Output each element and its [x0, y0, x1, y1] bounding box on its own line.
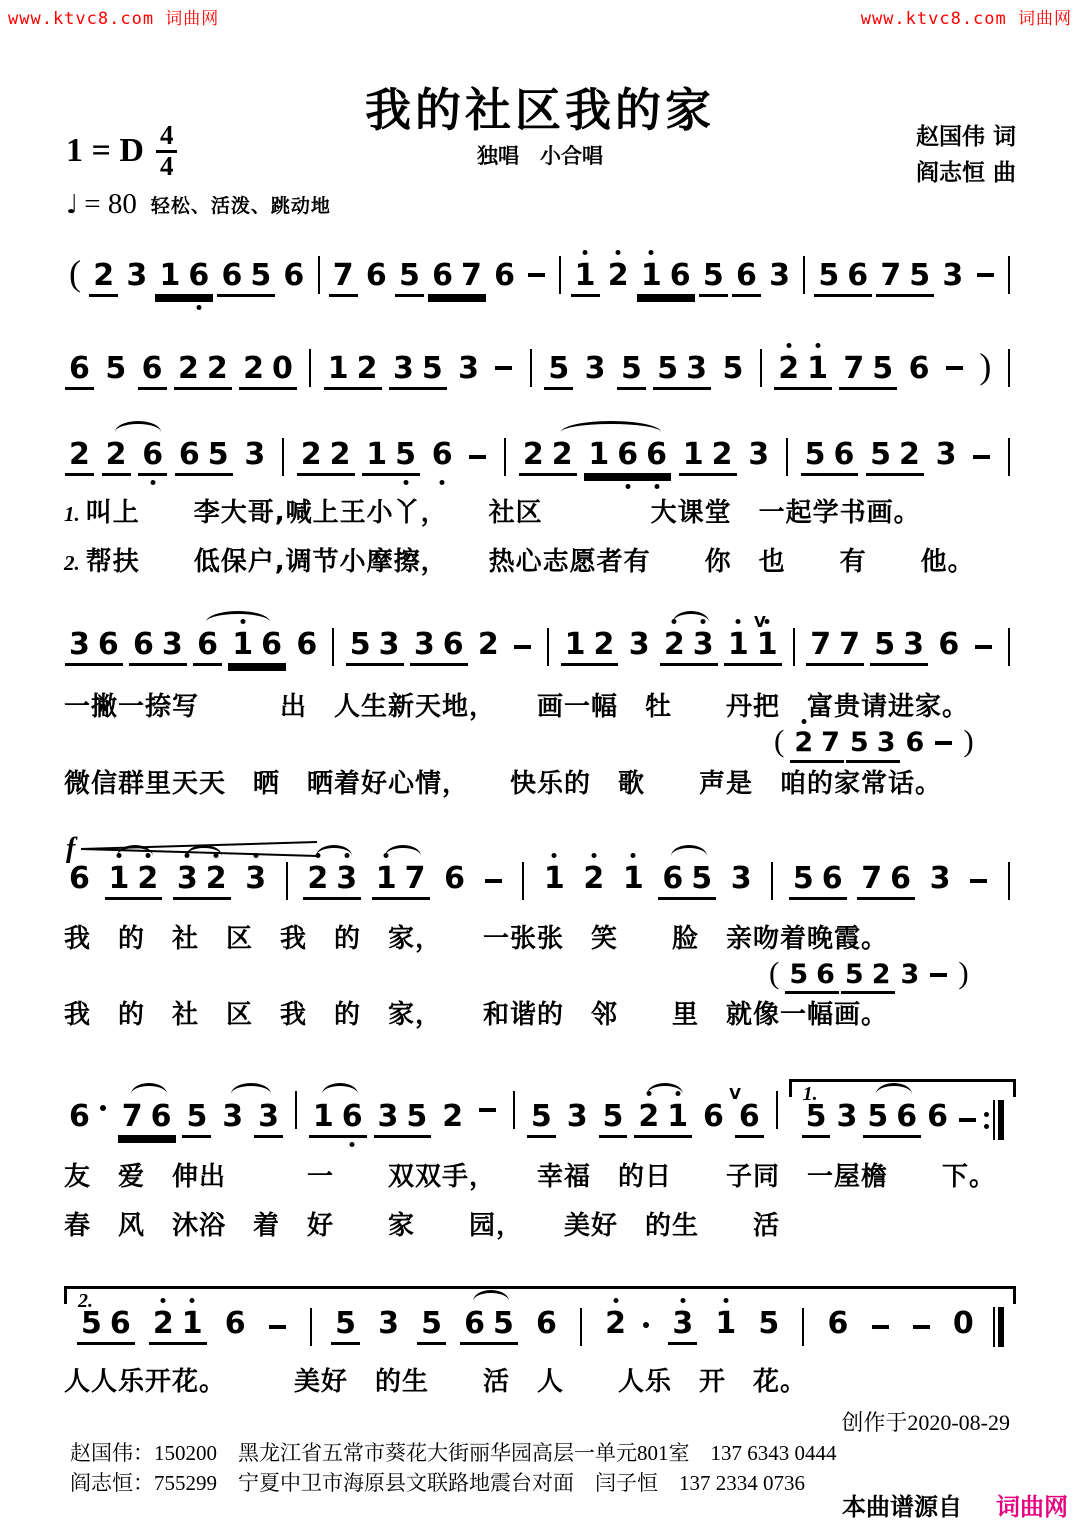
note-digit: 5	[204, 438, 233, 471]
note-digit: 2	[868, 960, 895, 990]
note: 6	[65, 1100, 94, 1135]
note: 6	[279, 259, 308, 294]
note-digit: 2	[174, 352, 203, 385]
tempo-marking: ♩ = 80 轻松、活泼、跳动地	[66, 188, 331, 221]
lyric-line: 1.叫上 李大哥,喊上王小丫， 社区 大课堂 一起学书画。	[64, 492, 1016, 529]
octave-dot-above	[723, 1298, 728, 1303]
slur-arc	[473, 1290, 509, 1304]
note-digit: 1	[178, 1307, 207, 1340]
music-line: (2316656765676121656356753	[64, 252, 1016, 297]
note-digit: 6	[532, 1307, 561, 1340]
note-digit: 3	[65, 628, 94, 661]
note: 5	[754, 1307, 783, 1342]
dash-note	[495, 366, 512, 370]
barline	[786, 438, 788, 476]
note: 2	[65, 438, 94, 476]
barline	[1008, 349, 1010, 387]
octave-dot-below	[440, 480, 445, 485]
volta-bracket: 2.56216535656231560	[64, 1286, 1016, 1347]
note: 3	[668, 1307, 697, 1345]
lyric-text: 叫上 李大哥,喊上王小丫， 社区 大课堂 一起学书画。	[86, 492, 921, 529]
barline	[771, 862, 773, 900]
note-digit: 2	[590, 628, 619, 661]
note-digit: 3	[218, 1100, 247, 1133]
octave-dot-below	[625, 484, 630, 489]
octave-dot-above	[190, 1298, 195, 1303]
note-digit: 2	[438, 1100, 467, 1133]
barline	[522, 862, 524, 900]
note-digit: 1	[663, 1100, 692, 1133]
note-digit: 6	[147, 1100, 176, 1133]
note: 3	[932, 438, 961, 473]
note: 6	[440, 862, 469, 897]
note: 5	[331, 1307, 360, 1345]
note-digit: 3	[254, 1100, 283, 1133]
note-digit: 6V	[699, 1100, 728, 1133]
note: 77	[806, 628, 864, 666]
note: 65	[217, 259, 275, 297]
note-digit: 1	[679, 438, 708, 471]
barline	[513, 1091, 515, 1129]
note-digit: 2	[548, 438, 577, 471]
credits: 赵国伟 词 阎志恒 曲	[916, 120, 1016, 191]
key-signature: 1 = D	[66, 132, 144, 170]
barline	[793, 628, 795, 666]
slur-arc	[876, 1083, 912, 1097]
tempo-bpm: = 80	[84, 188, 137, 221]
note-digit: 6	[658, 862, 687, 895]
note: 6	[735, 1100, 764, 1138]
note: 2	[89, 259, 118, 297]
barline	[1008, 862, 1010, 900]
note: 15	[362, 438, 420, 476]
slur-arc	[115, 421, 161, 435]
note: 65	[175, 438, 233, 476]
note-digit: 6	[362, 259, 391, 292]
lyric-line: 我 的 社 区 我 的 家， 和谐的 邻 里 就像一幅画。	[64, 994, 1016, 1031]
dash-note	[913, 1325, 930, 1329]
note: )	[954, 955, 972, 993]
barline	[1008, 438, 1010, 476]
barline	[547, 628, 549, 666]
source-brand-logo: 词曲网	[996, 1487, 1068, 1522]
note-digit: 5	[846, 728, 873, 758]
note: 3	[832, 1100, 861, 1135]
note: 166	[584, 438, 671, 476]
note: 3	[218, 1100, 247, 1135]
note-digit: 7	[817, 728, 844, 758]
note-digit: 3	[897, 960, 924, 990]
note-digit: 6	[65, 352, 94, 385]
note-digit: 3	[668, 1307, 697, 1340]
music-line: 226653221562216612356523	[64, 438, 1016, 476]
note: 53	[846, 728, 900, 763]
note-digit: (	[65, 252, 85, 294]
note: 76	[118, 1100, 176, 1138]
note: 6	[905, 352, 934, 387]
lyric-line: 春 风 沐浴 着 好 家 园， 美好 的生 活	[64, 1205, 1016, 1242]
note: 5	[101, 352, 130, 387]
note: 21	[634, 1100, 692, 1138]
slur-arc	[561, 421, 661, 435]
note: 21	[774, 352, 832, 390]
barline	[282, 438, 284, 476]
note-digit: 2	[601, 1307, 630, 1340]
dash-note	[269, 1325, 286, 1329]
note-digit: 5	[331, 1307, 360, 1340]
note: 2	[474, 628, 503, 663]
music-line-wrap: f6123232317612165356763	[64, 836, 1016, 900]
note-digit: 1	[571, 259, 600, 292]
note: 6V	[699, 1100, 728, 1135]
note-digit: 6	[279, 259, 308, 292]
note: 3	[765, 259, 794, 294]
note: (	[765, 955, 783, 993]
note: 6	[532, 1307, 561, 1342]
note: 52	[841, 960, 895, 995]
repeat-barline	[984, 1100, 1004, 1140]
note-digit: 5	[346, 628, 375, 661]
note-digit: 6	[138, 438, 167, 471]
octave-dot-above	[240, 619, 245, 624]
barline	[504, 438, 506, 476]
barline	[803, 256, 805, 294]
note-digit: 5	[870, 628, 899, 661]
note-digit: 0	[949, 1307, 978, 1340]
note: 5	[599, 1100, 628, 1138]
note: 3	[254, 1100, 283, 1138]
dash-note	[975, 645, 992, 649]
lyric-text: 我 的 社 区 我 的 家， 和谐的 邻 里 就像一幅画。	[64, 994, 888, 1031]
dash-note	[528, 273, 545, 277]
note-digit: 7	[118, 1100, 147, 1133]
octave-dot-below	[654, 484, 659, 489]
note: 65	[658, 862, 716, 900]
music-line-wrap: 65622201235353553521756)	[64, 345, 1016, 390]
octave-dot-above	[161, 1298, 166, 1303]
note: 0	[949, 1307, 978, 1342]
lyric-text: 帮扶 低保户,调节小摩擦， 热心志愿者有 你 也 有 他。	[86, 541, 975, 578]
note: 21	[149, 1307, 207, 1345]
note: 53	[346, 628, 404, 666]
note: 3	[926, 862, 955, 897]
note-digit: 2	[65, 438, 94, 471]
note: 16	[155, 259, 213, 297]
note-digit: 3	[375, 628, 404, 661]
repeat-dot	[984, 1112, 989, 1117]
note: 3	[241, 862, 270, 897]
note-digit: 2	[297, 438, 326, 471]
music-line: 65622201235353553521756)	[64, 345, 1016, 390]
note-digit: 3	[374, 1100, 403, 1133]
note: (	[770, 723, 788, 761]
note-digit: 6	[923, 1100, 952, 1133]
octave-dot-above	[616, 250, 621, 255]
augmentation-dot	[100, 1105, 106, 1111]
note: 1	[571, 259, 600, 297]
barline	[309, 349, 311, 387]
note: 53	[653, 352, 711, 390]
note-digit: 3	[122, 259, 151, 292]
note-digit: 6	[886, 862, 915, 895]
contact-line-1: 赵国伟：150200 黑龙江省五常市葵花大街丽华园高层一单元801室 137 6…	[70, 1438, 837, 1468]
note-digit: 2	[133, 862, 162, 895]
note-digit: 1	[309, 1100, 338, 1133]
note-digit: 1	[753, 628, 782, 661]
sheet-music-page: www.ktvc8.com 词曲网 www.ktvc8.com 词曲网 我的社区…	[0, 0, 1080, 1527]
lyric-text: 友 爱 伸出 一 双双手， 幸福 的日 子同 一屋檐 下。	[64, 1156, 996, 1193]
note-digit: 2	[634, 1100, 663, 1133]
barline	[802, 1308, 804, 1346]
note: 6	[65, 862, 94, 897]
note: 6	[65, 352, 94, 390]
music-line-wrap: 226653221562216612356523	[64, 438, 1016, 476]
note: 3	[744, 438, 773, 473]
note-digit: 3	[926, 862, 955, 895]
note-digit: 5	[246, 259, 275, 292]
note-digit: 1V	[724, 628, 753, 661]
composer-credit: 阎志恒 曲	[916, 156, 1016, 192]
dash-note	[485, 879, 502, 883]
note: 63	[129, 628, 187, 666]
note: )	[959, 723, 977, 761]
augmentation-dot	[643, 1322, 649, 1328]
note-digit: 2	[149, 1307, 178, 1340]
note-digit: 5	[863, 1100, 892, 1133]
music-line-wrap: 3663616653362123231V177536	[64, 628, 1016, 666]
note: 6	[732, 259, 761, 297]
note-digit: 1	[155, 259, 184, 292]
note-digit: 5	[841, 960, 868, 990]
barline	[286, 862, 288, 900]
note: 2	[579, 862, 608, 897]
note-digit: 2	[353, 352, 382, 385]
barline	[776, 1091, 778, 1129]
note-digit: 6	[221, 1307, 250, 1340]
note-digit: )	[959, 723, 977, 759]
note: 3	[581, 352, 610, 387]
barline	[318, 256, 320, 294]
note-digit: 2	[303, 862, 332, 895]
note-digit: 6	[824, 1307, 853, 1340]
note-digit: 3	[899, 628, 928, 661]
note-digit: 2	[474, 628, 503, 661]
note-digit: 3	[682, 352, 711, 385]
note: 12	[324, 352, 382, 390]
note: 52	[866, 438, 924, 476]
note-digit: 3	[625, 628, 654, 661]
slur-arc	[131, 1083, 167, 1097]
note-digit: 6	[902, 728, 929, 758]
barline	[1008, 628, 1010, 666]
note: 23	[660, 628, 718, 666]
note-digit: 3	[744, 438, 773, 471]
note: 3	[240, 438, 269, 473]
note-digit: 5	[789, 862, 818, 895]
note-digit: 6	[217, 259, 246, 292]
lyric-text: 微信群里天天 晒 晒着好心情， 快乐的 歌 声是 咱的家常话。	[64, 763, 942, 800]
note: 6	[490, 259, 519, 294]
note-digit: 6	[892, 1100, 921, 1133]
note: 1	[540, 862, 569, 897]
dash-note	[469, 455, 486, 459]
dash-note	[970, 879, 987, 883]
note: 5	[802, 1100, 831, 1138]
note-digit: 5	[489, 1307, 518, 1340]
thin-bar	[993, 1100, 995, 1140]
note-digit: 1	[619, 862, 648, 895]
note: 2	[601, 1307, 630, 1342]
note-digit: 2	[202, 862, 231, 895]
note-digit: 3	[454, 352, 483, 385]
lyric-text: 人人乐开花。 美好 的生 活 人 人乐 开 花。	[64, 1361, 807, 1398]
note-digit: 6	[843, 259, 872, 292]
note: 22	[297, 438, 355, 476]
octave-dot-below	[350, 1142, 355, 1147]
note-digit: 6	[94, 628, 123, 661]
note: 3	[727, 862, 756, 897]
note: 67	[428, 259, 486, 297]
note-digit: 3	[765, 259, 794, 292]
note: 6	[824, 1307, 853, 1342]
note-digit: 3	[689, 628, 718, 661]
note: 3	[563, 1100, 592, 1135]
source-prefix: 本曲谱源自	[842, 1487, 962, 1522]
note-digit: 6	[830, 438, 859, 471]
note-digit: 6	[439, 628, 468, 661]
note-digit: 3	[332, 862, 361, 895]
note-digit: 6	[175, 438, 204, 471]
note-digit: 7	[457, 259, 486, 292]
note: 27	[790, 728, 844, 763]
note: 6	[193, 628, 222, 666]
dash-note	[930, 973, 947, 977]
note-digit: 7	[806, 628, 835, 661]
note-digit: 2	[774, 352, 803, 385]
note-digit: 5	[101, 352, 130, 385]
key-time-signature: 1 = D 4 4	[66, 122, 177, 180]
note: 6	[923, 1100, 952, 1135]
note: 32	[173, 862, 231, 900]
note: 56	[814, 259, 872, 297]
note-digit: 3	[563, 1100, 592, 1133]
note-digit: 6	[184, 259, 213, 292]
note: 23	[303, 862, 361, 900]
note: (	[65, 252, 85, 296]
note-digit: 2	[579, 862, 608, 895]
note-digit: 6	[732, 259, 761, 292]
note-digit: 5	[391, 438, 420, 471]
octave-dot-above	[736, 619, 741, 624]
lyric-line: 一撇一捺写 出 人生新天地， 画一幅 牡 丹把 富贵请进家。	[64, 686, 1016, 723]
note: 5	[395, 259, 424, 297]
note: 12	[679, 438, 737, 476]
note-digit: 6	[193, 628, 222, 661]
slur-arc	[231, 1083, 271, 1097]
note: 56	[801, 438, 859, 476]
watermark-top-left: www.ktvc8.com 词曲网	[8, 4, 219, 29]
note-digit: 6	[666, 259, 695, 292]
note-digit: 6	[812, 960, 839, 990]
note: 6	[292, 628, 321, 663]
octave-dot-above	[591, 853, 596, 858]
note: 75	[876, 259, 934, 297]
note-digit: 5	[802, 1100, 831, 1133]
parenthetical-notes: (27536)	[64, 723, 1016, 763]
note: 22	[519, 438, 577, 476]
note-digit: 1	[711, 1307, 740, 1340]
barline	[310, 1308, 312, 1346]
note: 3	[938, 259, 967, 294]
time-signature-bottom: 4	[160, 153, 174, 181]
octave-dot-below	[196, 305, 201, 310]
source-credit: 本曲谱源自 词曲网	[842, 1487, 1068, 1522]
note-digit: 3	[832, 1100, 861, 1133]
note: 3	[897, 960, 924, 992]
note-digit: 2	[102, 438, 131, 471]
lyric-line: 我 的 社 区 我 的 家， 一张张 笑 脸 亲吻着晚霞。	[64, 918, 1016, 955]
octave-dot-above	[583, 250, 588, 255]
octave-dot-above	[344, 853, 349, 858]
note-digit: 3	[932, 438, 961, 471]
note-digit: 0	[268, 352, 297, 385]
lyric-line: 微信群里天天 晒 晒着好心情， 快乐的 歌 声是 咱的家常话。	[64, 763, 1016, 800]
creation-date: 创作于2020-08-29	[841, 1406, 1010, 1437]
tempo-description: 轻松、活泼、跳动地	[151, 191, 331, 218]
dash-note	[973, 455, 990, 459]
note: 3	[122, 259, 151, 294]
note-digit: 2	[604, 259, 633, 292]
note-digit: 5	[754, 1307, 783, 1340]
note: 65	[460, 1307, 518, 1345]
note-digit: 6	[613, 438, 642, 471]
note: 5	[617, 352, 646, 390]
note-digit: 6	[338, 1100, 367, 1133]
note: 6	[138, 438, 167, 476]
octave-dot-below	[403, 480, 408, 485]
note-digit: 1	[362, 438, 391, 471]
note-digit: 5	[801, 438, 830, 471]
dash-note	[872, 1325, 889, 1329]
barline	[332, 628, 334, 666]
note: 2	[102, 438, 131, 476]
slur-arc	[206, 611, 270, 625]
thick-bar	[998, 1307, 1004, 1347]
note: 1V1	[724, 628, 782, 666]
note-digit: 5	[653, 352, 682, 385]
note: 5	[182, 1100, 211, 1138]
final-barline	[993, 1307, 1004, 1347]
note-digit: 5	[527, 1100, 556, 1133]
note-digit: (	[765, 955, 783, 991]
octave-dot-above	[613, 1298, 618, 1303]
note-digit: 1	[324, 352, 353, 385]
note: 2	[438, 1100, 467, 1135]
note-digit: 6	[460, 1307, 489, 1340]
dash-note	[977, 273, 994, 277]
note-digit: 1	[584, 438, 613, 471]
music-line-wrap: 2.56216535656231560	[64, 1286, 1016, 1347]
note-digit: 2	[519, 438, 548, 471]
note-digit: 6	[106, 1307, 135, 1340]
note-digit: 3	[410, 628, 439, 661]
note: 76	[857, 862, 915, 900]
music-line-wrap: (2316656765676121656356753	[64, 252, 1016, 297]
contact-info: 赵国伟：150200 黑龙江省五常市葵花大街丽华园高层一单元801室 137 6…	[70, 1438, 837, 1499]
note-digit: 1	[561, 628, 590, 661]
note-digit: 5	[77, 1307, 106, 1340]
music-line: 6123232317612165356763	[64, 862, 1016, 900]
